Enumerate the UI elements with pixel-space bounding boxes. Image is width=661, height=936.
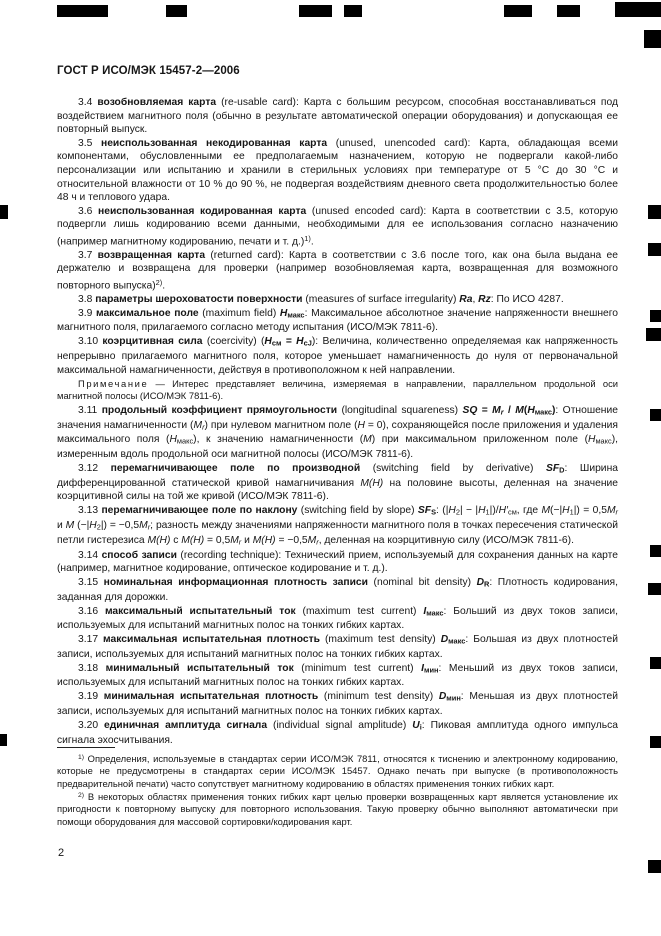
definition-3-10: 3.10 коэрцитивная сила (coercivity) (Hсм… [57, 335, 618, 377]
footnote-separator [57, 747, 115, 748]
text-run: 3.15 [78, 577, 104, 588]
document-body: 3.4 возобновляемая карта (re-usable card… [57, 96, 618, 747]
text-run: Ra [459, 294, 472, 305]
text-run: 3.8 [78, 294, 95, 305]
text-run: . [162, 280, 165, 291]
text-run: H [264, 336, 271, 347]
scan-artifact [646, 328, 661, 341]
text-run: макс [426, 608, 443, 617]
definition-3-15: 3.15 номинальная информационная плотност… [57, 576, 618, 605]
definition-3-9: 3.9 максимальное поле (maximum field) Hм… [57, 307, 618, 336]
text-run: неиспользованная некодированная карта [101, 138, 327, 149]
text-run: 3.13 [78, 505, 101, 516]
text-run: 3.10 [78, 336, 102, 347]
text-run: макс [287, 310, 304, 319]
scan-artifact [299, 5, 332, 17]
text-run: , где [517, 505, 542, 516]
text-run: M [363, 434, 372, 445]
footnote-1: 1) Определения, используемые в стандарта… [57, 752, 618, 790]
footnote-2: 2) В некоторых областях применения тонки… [57, 790, 618, 828]
text-run: 3.17 [78, 634, 103, 645]
text-run: H [478, 505, 485, 516]
text-run: |) = −0,5 [101, 520, 139, 531]
text-run: cJ [304, 338, 312, 347]
scan-artifact [648, 205, 661, 219]
text-run: макс [595, 437, 611, 446]
document-header: ГОСТ Р ИСО/МЭК 15457-2—2006 [57, 65, 240, 77]
scan-artifact [648, 243, 661, 256]
text-run: Rz [478, 294, 491, 305]
text-run: M [492, 405, 501, 416]
text-run: H [89, 520, 96, 531]
text-run: |)/ [490, 505, 499, 516]
text-run: 3.7 [78, 250, 98, 261]
text-run: D [441, 634, 448, 645]
definition-3-20: 3.20 единичная амплитуда сигнала (indivi… [57, 719, 618, 748]
note-3-10: Примечание — Интерес представляет величи… [57, 378, 618, 402]
text-run: ) при максимальном приложенном поле ( [372, 434, 588, 445]
text-run: : По ИСО 4287. [491, 294, 564, 305]
text-run: H [562, 505, 569, 516]
text-run: см [508, 507, 517, 516]
text-run: 3.12 [78, 463, 111, 474]
text-run: максимальный испытательный ток [105, 606, 296, 617]
text-run: = [281, 336, 296, 347]
text-run: M [193, 420, 202, 431]
text-run: H [296, 336, 303, 347]
definition-3-17: 3.17 максимальная испытательная плотност… [57, 633, 618, 662]
text-run: (maximum field) [199, 308, 280, 319]
text-run: H [169, 434, 176, 445]
text-run: (measures of surface irregularity) [302, 294, 459, 305]
text-run: H [448, 505, 455, 516]
scan-artifact [57, 5, 108, 17]
text-run: (switching field by slope) [297, 505, 418, 516]
scan-artifact [650, 545, 661, 557]
text-run: продольный коэффициент прямоугольности [102, 405, 337, 416]
definition-3-4: 3.4 возобновляемая карта (re-usable card… [57, 96, 618, 137]
definition-3-5: 3.5 неиспользованная некодированная карт… [57, 137, 618, 205]
text-run: H [358, 420, 365, 431]
text-run: минимальный испытательный ток [106, 663, 294, 674]
text-run: = [477, 405, 492, 416]
text-run: M(H) [181, 535, 204, 546]
text-run: 3.16 [78, 606, 105, 617]
scan-artifact [650, 736, 661, 748]
text-run: (minimum test current) [294, 663, 421, 674]
text-run: = −0,5 [276, 535, 308, 546]
scan-artifact [0, 205, 8, 219]
scan-artifact [166, 5, 187, 17]
definition-3-12: 3.12 перемагничивающее поле по производн… [57, 462, 618, 504]
text-run: M(H) [360, 478, 383, 489]
text-run: (individual signal amplitude) [267, 720, 412, 731]
scan-artifact [557, 5, 580, 17]
document-page: ГОСТ Р ИСО/МЭК 15457-2—2006 3.4 возобнов… [0, 0, 661, 936]
text-run: минимальная испытательная плотность [104, 691, 319, 702]
text-run: перемагничивающее поле по наклону [101, 505, 297, 516]
scan-artifact [504, 5, 532, 17]
text-run: 3.9 [78, 308, 96, 319]
definition-3-11: 3.11 продольный коэффициент прямоугольно… [57, 404, 618, 462]
definition-3-13: 3.13 перемагничивающее поле по наклону (… [57, 504, 618, 549]
scan-artifact [0, 734, 7, 746]
text-run: M(H) [148, 535, 171, 546]
text-run: U [412, 720, 419, 731]
text-run: и [57, 520, 66, 531]
text-run: возобновляемая карта [97, 97, 216, 108]
definition-3-19: 3.19 минимальная испытательная плотность… [57, 690, 618, 719]
text-run: 3.19 [78, 691, 104, 702]
text-run: (−| [550, 505, 562, 516]
scan-artifact [615, 2, 661, 17]
text-run: (switching field by derivative) [360, 463, 546, 474]
text-run: неиспользованная кодированная карта [98, 206, 306, 217]
text-run: максимальная испытательная плотность [103, 634, 320, 645]
text-run: : (| [436, 505, 448, 516]
text-run: H [527, 405, 534, 416]
text-run: M [230, 535, 239, 546]
text-run: способ записи [102, 550, 177, 561]
text-run: M [515, 405, 524, 416]
text-run: 3.11 [78, 405, 102, 416]
text-run: параметры шероховатости поверхности [95, 294, 302, 305]
text-run: 3.14 [78, 550, 102, 561]
definition-3-14: 3.14 способ записи (recording technique)… [57, 549, 618, 576]
scan-artifact [650, 409, 661, 421]
text-run: M [308, 535, 317, 546]
text-run: 3.5 [78, 138, 101, 149]
text-run: возвращенная карта [98, 250, 205, 261]
text-run: (nominal bit density) [368, 577, 477, 588]
text-run: единичная амплитуда сигнала [104, 720, 267, 731]
text-run: M(H) [253, 535, 276, 546]
text-run: . [311, 236, 314, 247]
definition-3-18: 3.18 минимальный испытательный ток (mini… [57, 662, 618, 691]
text-run: D [477, 577, 484, 588]
text-run: 3.4 [78, 97, 97, 108]
text-run: SF [546, 463, 559, 474]
text-run: и [241, 535, 252, 546]
text-run: номинальная информационная плотность зап… [104, 577, 368, 588]
scan-artifact [650, 310, 661, 322]
text-run: макс [535, 407, 552, 416]
text-run: M [139, 520, 148, 531]
text-run: с [170, 535, 181, 546]
text-run: / [504, 405, 516, 416]
text-run: Примечание [78, 378, 148, 389]
text-run: H′ [499, 505, 508, 516]
scan-artifact [644, 30, 661, 48]
text-run: 3.20 [78, 720, 104, 731]
text-run: = 0,5 [204, 535, 230, 546]
text-run: (maximum test density) [320, 634, 441, 645]
footnotes-section: 1) Определения, используемые в стандарта… [57, 752, 618, 828]
scan-artifact [650, 657, 661, 669]
scan-artifact [648, 583, 661, 595]
text-run: (−| [74, 520, 89, 531]
text-run: максимальное поле [96, 308, 199, 319]
text-run: SF [418, 505, 431, 516]
text-run: 1) [304, 234, 311, 243]
scan-artifact [344, 5, 362, 17]
text-run: M [541, 505, 550, 516]
text-run: коэрцитивная сила [102, 336, 202, 347]
text-run: Определения, используемые в стандартах с… [57, 753, 618, 789]
text-run: (coercivity) ( [203, 336, 265, 347]
text-run: макс [177, 437, 193, 446]
definition-3-16: 3.16 максимальный испытательный ток (max… [57, 605, 618, 634]
text-run: |) = 0,5 [574, 505, 607, 516]
text-run: , деленная на коэрцитивную силу (ИСО/МЭК… [319, 535, 574, 546]
text-run: ), к значению намагниченности ( [193, 434, 363, 445]
text-run: ) при нулевом магнитном поле ( [205, 420, 358, 431]
text-run: (maximum test current) [296, 606, 424, 617]
scan-artifact [648, 860, 661, 873]
text-run: мин [424, 665, 439, 674]
text-run: M [66, 520, 75, 531]
text-run: 3.6 [78, 206, 98, 217]
definition-3-6: 3.6 неиспользованная кодированная карта … [57, 205, 618, 249]
text-run: (longitudinal squareness) [337, 405, 462, 416]
text-run: перемагничивающее поле по производной [111, 463, 361, 474]
text-run: 3.18 [78, 663, 106, 674]
text-run: | − | [460, 505, 478, 516]
text-run: SQ [462, 405, 477, 416]
text-run: M [607, 505, 616, 516]
definition-3-8: 3.8 параметры шероховатости поверхности … [57, 293, 618, 307]
text-run: мин [446, 693, 461, 702]
text-run: (minimum test density) [318, 691, 439, 702]
text-run: r [616, 507, 618, 516]
text-run: макс [448, 636, 465, 645]
text-run: В некоторых областях применения тонких г… [57, 791, 618, 827]
page-number: 2 [58, 847, 64, 859]
definition-3-7: 3.7 возвращенная карта (returned card): … [57, 249, 618, 293]
